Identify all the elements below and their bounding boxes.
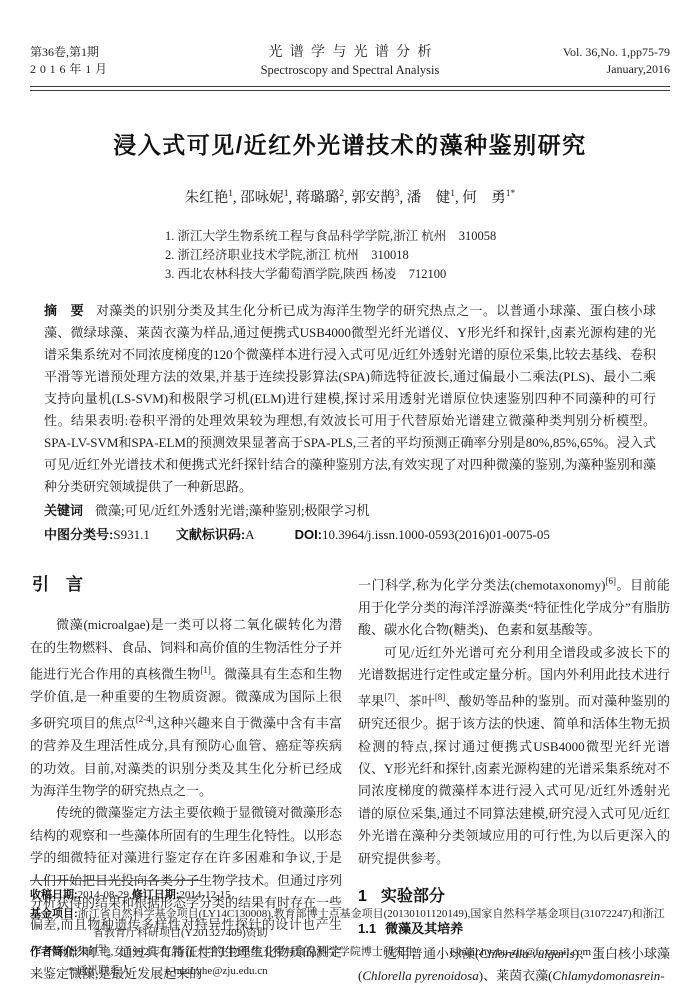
intro-paragraph-1: 微藻(microalgae)是一类可以将二氧化碳转化为潜在的生物燃料、食品、饲料…: [30, 614, 342, 802]
body-text: 一门科学,称为化学分类法(chemotaxonomy): [358, 577, 606, 592]
volume-line-en: Vol. 36,No. 1,pp75-79: [500, 44, 670, 61]
journal-name-cn: 光谱学与光谱分析: [200, 44, 500, 61]
affiliation-item: 2. 浙江经济职业技术学院,浙江 杭州 310018: [165, 246, 670, 265]
fund-text: 浙江省自然科学基金项目(LY14C130008),教育部博士点基金项目(2013…: [78, 908, 665, 939]
reference-sup: [1]: [200, 665, 211, 675]
reference-sup: [7]: [384, 692, 395, 702]
author-name: 邵咏妮: [240, 190, 284, 206]
author-name: 郭安鹊: [351, 190, 395, 206]
journal-header: 第36卷,第1期 2016年1月 光谱学与光谱分析 Spectroscopy a…: [30, 0, 670, 79]
bio-text: 朱红艳,女,1992年生,浙江大学生物系统工程与食品科学学院博士研究生: [78, 946, 416, 958]
author: 潘 健1,: [407, 190, 459, 206]
abstract-block: 摘 要对藻类的识别分类及其生化分析已成为海洋生物学的研究热点之一。以普通小球藻、…: [30, 300, 670, 546]
author-name: 潘 健: [407, 190, 451, 206]
revised-value: 2014-12-15: [179, 889, 230, 901]
volume-line-cn: 第36卷,第1期: [30, 44, 200, 61]
fund-line: 基金项目:浙江省自然科学基金项目(LY14C130008),教育部博士点基金项目…: [30, 905, 670, 943]
affiliation-item: 1. 浙江大学生物系统工程与食品科学学院,浙江 杭州 310058: [165, 227, 670, 246]
received-label: 收稿日期:: [30, 889, 78, 901]
clc-label: 中图分类号:: [44, 527, 113, 542]
author-separator: ,: [400, 190, 404, 206]
volume-issue-info: 第36卷,第1期 2016年1月: [30, 44, 200, 78]
clc-value: S931.1: [113, 527, 149, 542]
keywords-text: 微藻;可见/近红外透射光谱;藻种鉴别;极限学习机: [95, 503, 369, 518]
author: 朱红艳1,: [185, 190, 237, 206]
affiliation-item: 3. 西北农林科技大学葡萄酒学院,陕西 杨凌 712100: [165, 265, 670, 284]
abstract: 摘 要对藻类的识别分类及其生化分析已成为海洋生物学的研究热点之一。以普通小球藻、…: [44, 300, 656, 498]
received-value: 2014-08-29,: [78, 889, 132, 901]
received-date-line: 收稿日期:2014-08-29,修订日期:2014-12-15: [30, 886, 670, 905]
author-affil-sup: 1*: [506, 189, 516, 199]
doc-type-value: A: [245, 527, 254, 542]
author: 郭安鹊3,: [351, 190, 403, 206]
body-text: 、酸奶等品种的鉴别。而对藻种鉴别的研究还很少。据于该方法的快速、简单和活体生物无…: [358, 694, 670, 866]
abstract-text: 对藻类的识别分类及其生化分析已成为海洋生物学的研究热点之一。以普通小球藻、蛋白核…: [44, 303, 656, 494]
bio-label: 作者简介:: [30, 946, 78, 958]
author-separator: ,: [344, 190, 348, 206]
authors-line: 朱红艳1, 邵咏妮1, 蒋璐璐2, 郭安鹊3, 潘 健1, 何 勇1*: [30, 186, 670, 207]
corresponding-text: * 通讯联系人: [68, 965, 131, 977]
affiliations: 1. 浙江大学生物系统工程与食品科学学院,浙江 杭州 310058 2. 浙江经…: [165, 227, 670, 284]
author-separator: ,: [289, 190, 293, 206]
header-rule: [30, 86, 670, 91]
body-text: 、茶叶: [395, 694, 435, 709]
author-separator: ,: [455, 190, 459, 206]
reference-sup: [8]: [435, 692, 446, 702]
journal-page: 第36卷,第1期 2016年1月 光谱学与光谱分析 Spectroscopy a…: [0, 0, 700, 989]
keywords-line: 关键词微藻;可见/近红外透射光谱;藻种鉴别;极限学习机: [44, 500, 656, 522]
corresponding-line: * 通讯联系人e-mail:yhe@zju.edu.cn: [30, 962, 670, 981]
reference-sup: [2-4]: [136, 714, 154, 724]
doi-value: 10.3964/j.issn.1000-0593(2016)01-0075-05: [322, 527, 550, 542]
intro-heading: 引 言: [32, 574, 342, 596]
visnir-paragraph: 可见/近红外光谱可充分利用全谱段或多波长下的光谱数据进行定性或定量分析。国内外利…: [358, 642, 670, 870]
fund-label: 基金项目:: [30, 908, 78, 920]
keywords-label: 关键词: [44, 503, 83, 518]
doi-label: DOI:: [295, 527, 322, 542]
journal-name-en: Spectroscopy and Spectral Analysis: [200, 62, 500, 79]
author-name: 朱红艳: [185, 190, 229, 206]
journal-name: 光谱学与光谱分析 Spectroscopy and Spectral Analy…: [200, 44, 500, 79]
reference-sup: [6]: [606, 576, 617, 586]
bio-email: e-mail:hyzhu-zju@foxmail.com: [450, 946, 591, 958]
author-name: 何 勇: [462, 190, 506, 206]
author: 邵咏妮1,: [240, 190, 292, 206]
doc-type-label: 文献标识码:: [176, 527, 245, 542]
corresponding-email: e-mail:yhe@zju.edu.cn: [165, 965, 267, 977]
revised-label: 修订日期:: [132, 889, 180, 901]
author: 何 勇1*: [462, 190, 515, 206]
abstract-label: 摘 要: [44, 303, 84, 318]
author: 蒋璐璐2,: [296, 190, 348, 206]
date-line-en: January,2016: [500, 61, 670, 78]
meta-line: 中图分类号:S931.1文献标识码:ADOI:10.3964/j.issn.10…: [44, 524, 656, 546]
continuation-paragraph: 一门科学,称为化学分类法(chemotaxonomy)[6]。目前能用于化学分类…: [358, 570, 670, 642]
footnote-rule: [30, 880, 202, 881]
author-bio-line: 作者简介:朱红艳,女,1992年生,浙江大学生物系统工程与食品科学学院博士研究生…: [30, 943, 670, 962]
paper-title: 浸入式可见/近红外光谱技术的藻种鉴别研究: [30, 127, 670, 160]
date-line-cn: 2016年1月: [30, 61, 200, 78]
volume-issue-info-en: Vol. 36,No. 1,pp75-79 January,2016: [500, 44, 670, 78]
author-name: 蒋璐璐: [296, 190, 340, 206]
footnote-block: 收稿日期:2014-08-29,修订日期:2014-12-15 基金项目:浙江省…: [30, 880, 670, 981]
author-separator: ,: [233, 190, 237, 206]
